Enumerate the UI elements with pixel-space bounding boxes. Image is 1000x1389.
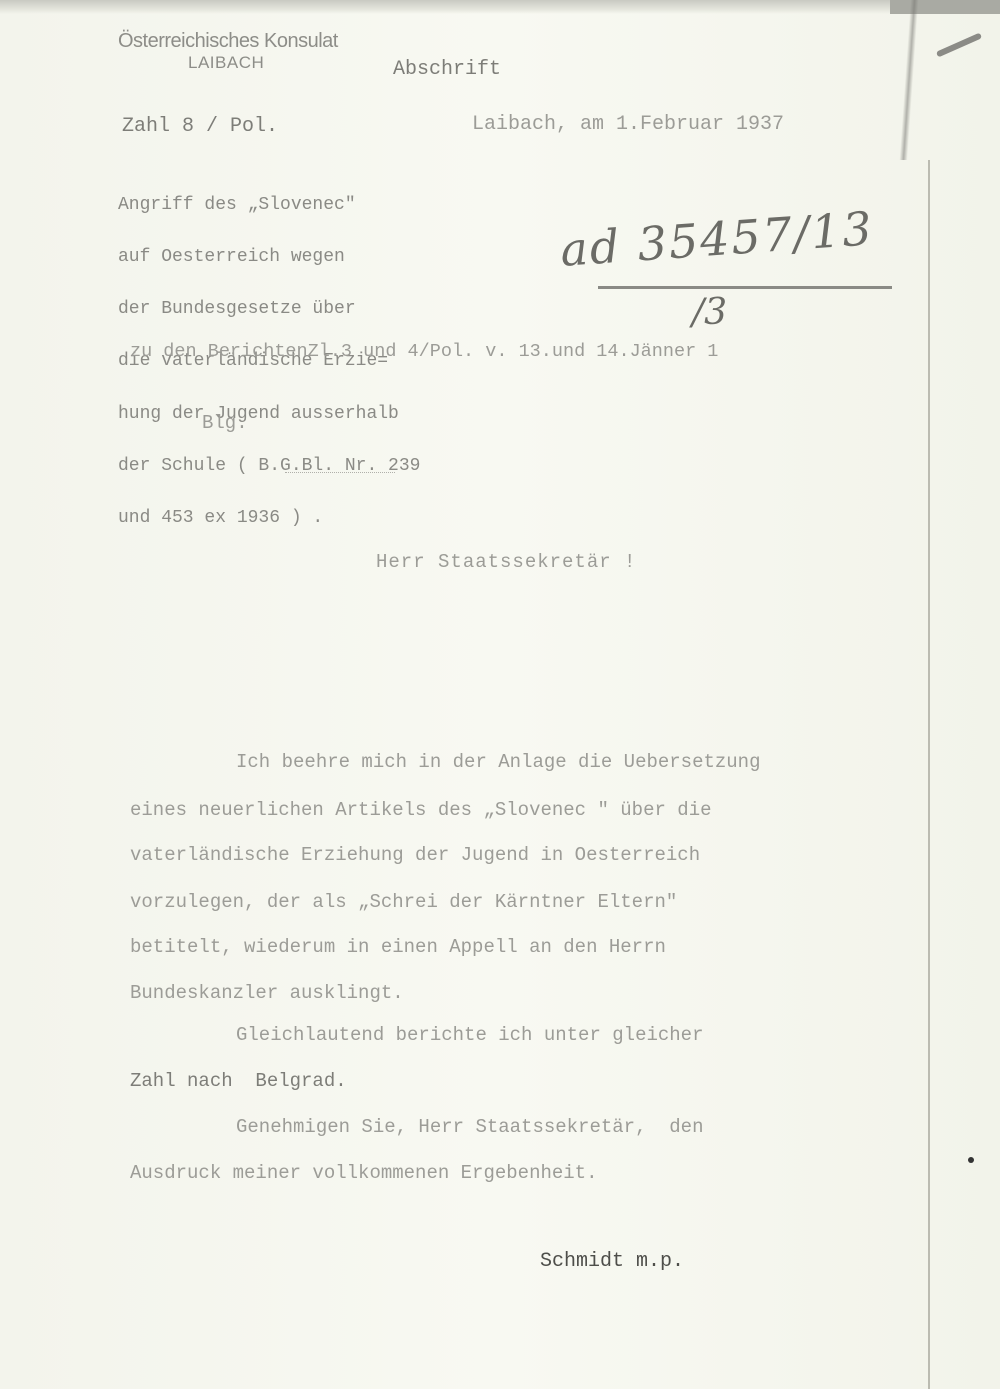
subject-line: und 453 ex 1936 ) . — [118, 510, 420, 527]
consulate-stamp: Österreichisches Konsulat LAIBACH — [118, 30, 338, 74]
body-line: betitelt, wiederum in einen Appell an de… — [130, 937, 666, 957]
subject-line: Angriff des „Slovenec" — [118, 197, 420, 214]
body-line: vaterländische Erziehung der Jugend in O… — [130, 845, 700, 865]
body-line: vorzulegen, der als „Schrei der Kärntner… — [130, 892, 677, 912]
enclosure-label: Blg. — [202, 413, 248, 433]
body-line: Ich beehre mich in der Anlage die Uebers… — [236, 752, 761, 772]
salutation: Herr Staatssekretär ! — [376, 552, 636, 572]
subject-line: hung der Jugend ausserhalb — [118, 406, 420, 423]
body-line: eines neuerlichen Artikels des „Slovenec… — [130, 800, 712, 820]
paper-edge-line — [928, 160, 930, 1389]
dotted-separator — [285, 472, 395, 473]
scan-corner-shadow — [890, 0, 1000, 14]
handwritten-sub-number: /3 — [692, 292, 727, 333]
subject-line: der Bundesgesetze über — [118, 301, 420, 318]
handwritten-underline — [598, 286, 892, 289]
reference-line: zu den BerichtenZl.3 und 4/Pol. v. 13.un… — [130, 342, 718, 362]
signature: Schmidt m.p. — [540, 1252, 684, 1272]
handwritten-file-number: ad 35457/13 — [558, 201, 875, 277]
closing-line: Ausdruck meiner vollkommenen Ergebenheit… — [130, 1163, 597, 1183]
pen-stroke-mark — [936, 32, 982, 57]
body-line: Bundeskanzler ausklingt. — [130, 983, 404, 1003]
document-page: Österreichisches Konsulat LAIBACH Abschr… — [0, 0, 1000, 1389]
closing-line: Zahl nach Belgrad. — [130, 1071, 347, 1091]
stamp-line-2: LAIBACH — [118, 52, 338, 74]
ink-dot — [968, 1157, 974, 1163]
subject-block: Angriff des „Slovenec" auf Oesterreich w… — [118, 162, 420, 562]
scan-top-shadow — [0, 0, 1000, 14]
closing-line: Gleichlautend berichte ich unter gleiche… — [236, 1025, 703, 1045]
stamp-line-1: Österreichisches Konsulat — [118, 30, 338, 52]
reference-number: Zahl 8 / Pol. — [122, 117, 278, 137]
closing-line: Genehmigen Sie, Herr Staatssekretär, den — [236, 1117, 703, 1137]
place-and-date: Laibach, am 1.Februar 1937 — [472, 115, 784, 135]
subject-line: auf Oesterreich wegen — [118, 249, 420, 266]
paper-fold-shadow — [899, 0, 918, 160]
document-type-label: Abschrift — [393, 60, 501, 80]
